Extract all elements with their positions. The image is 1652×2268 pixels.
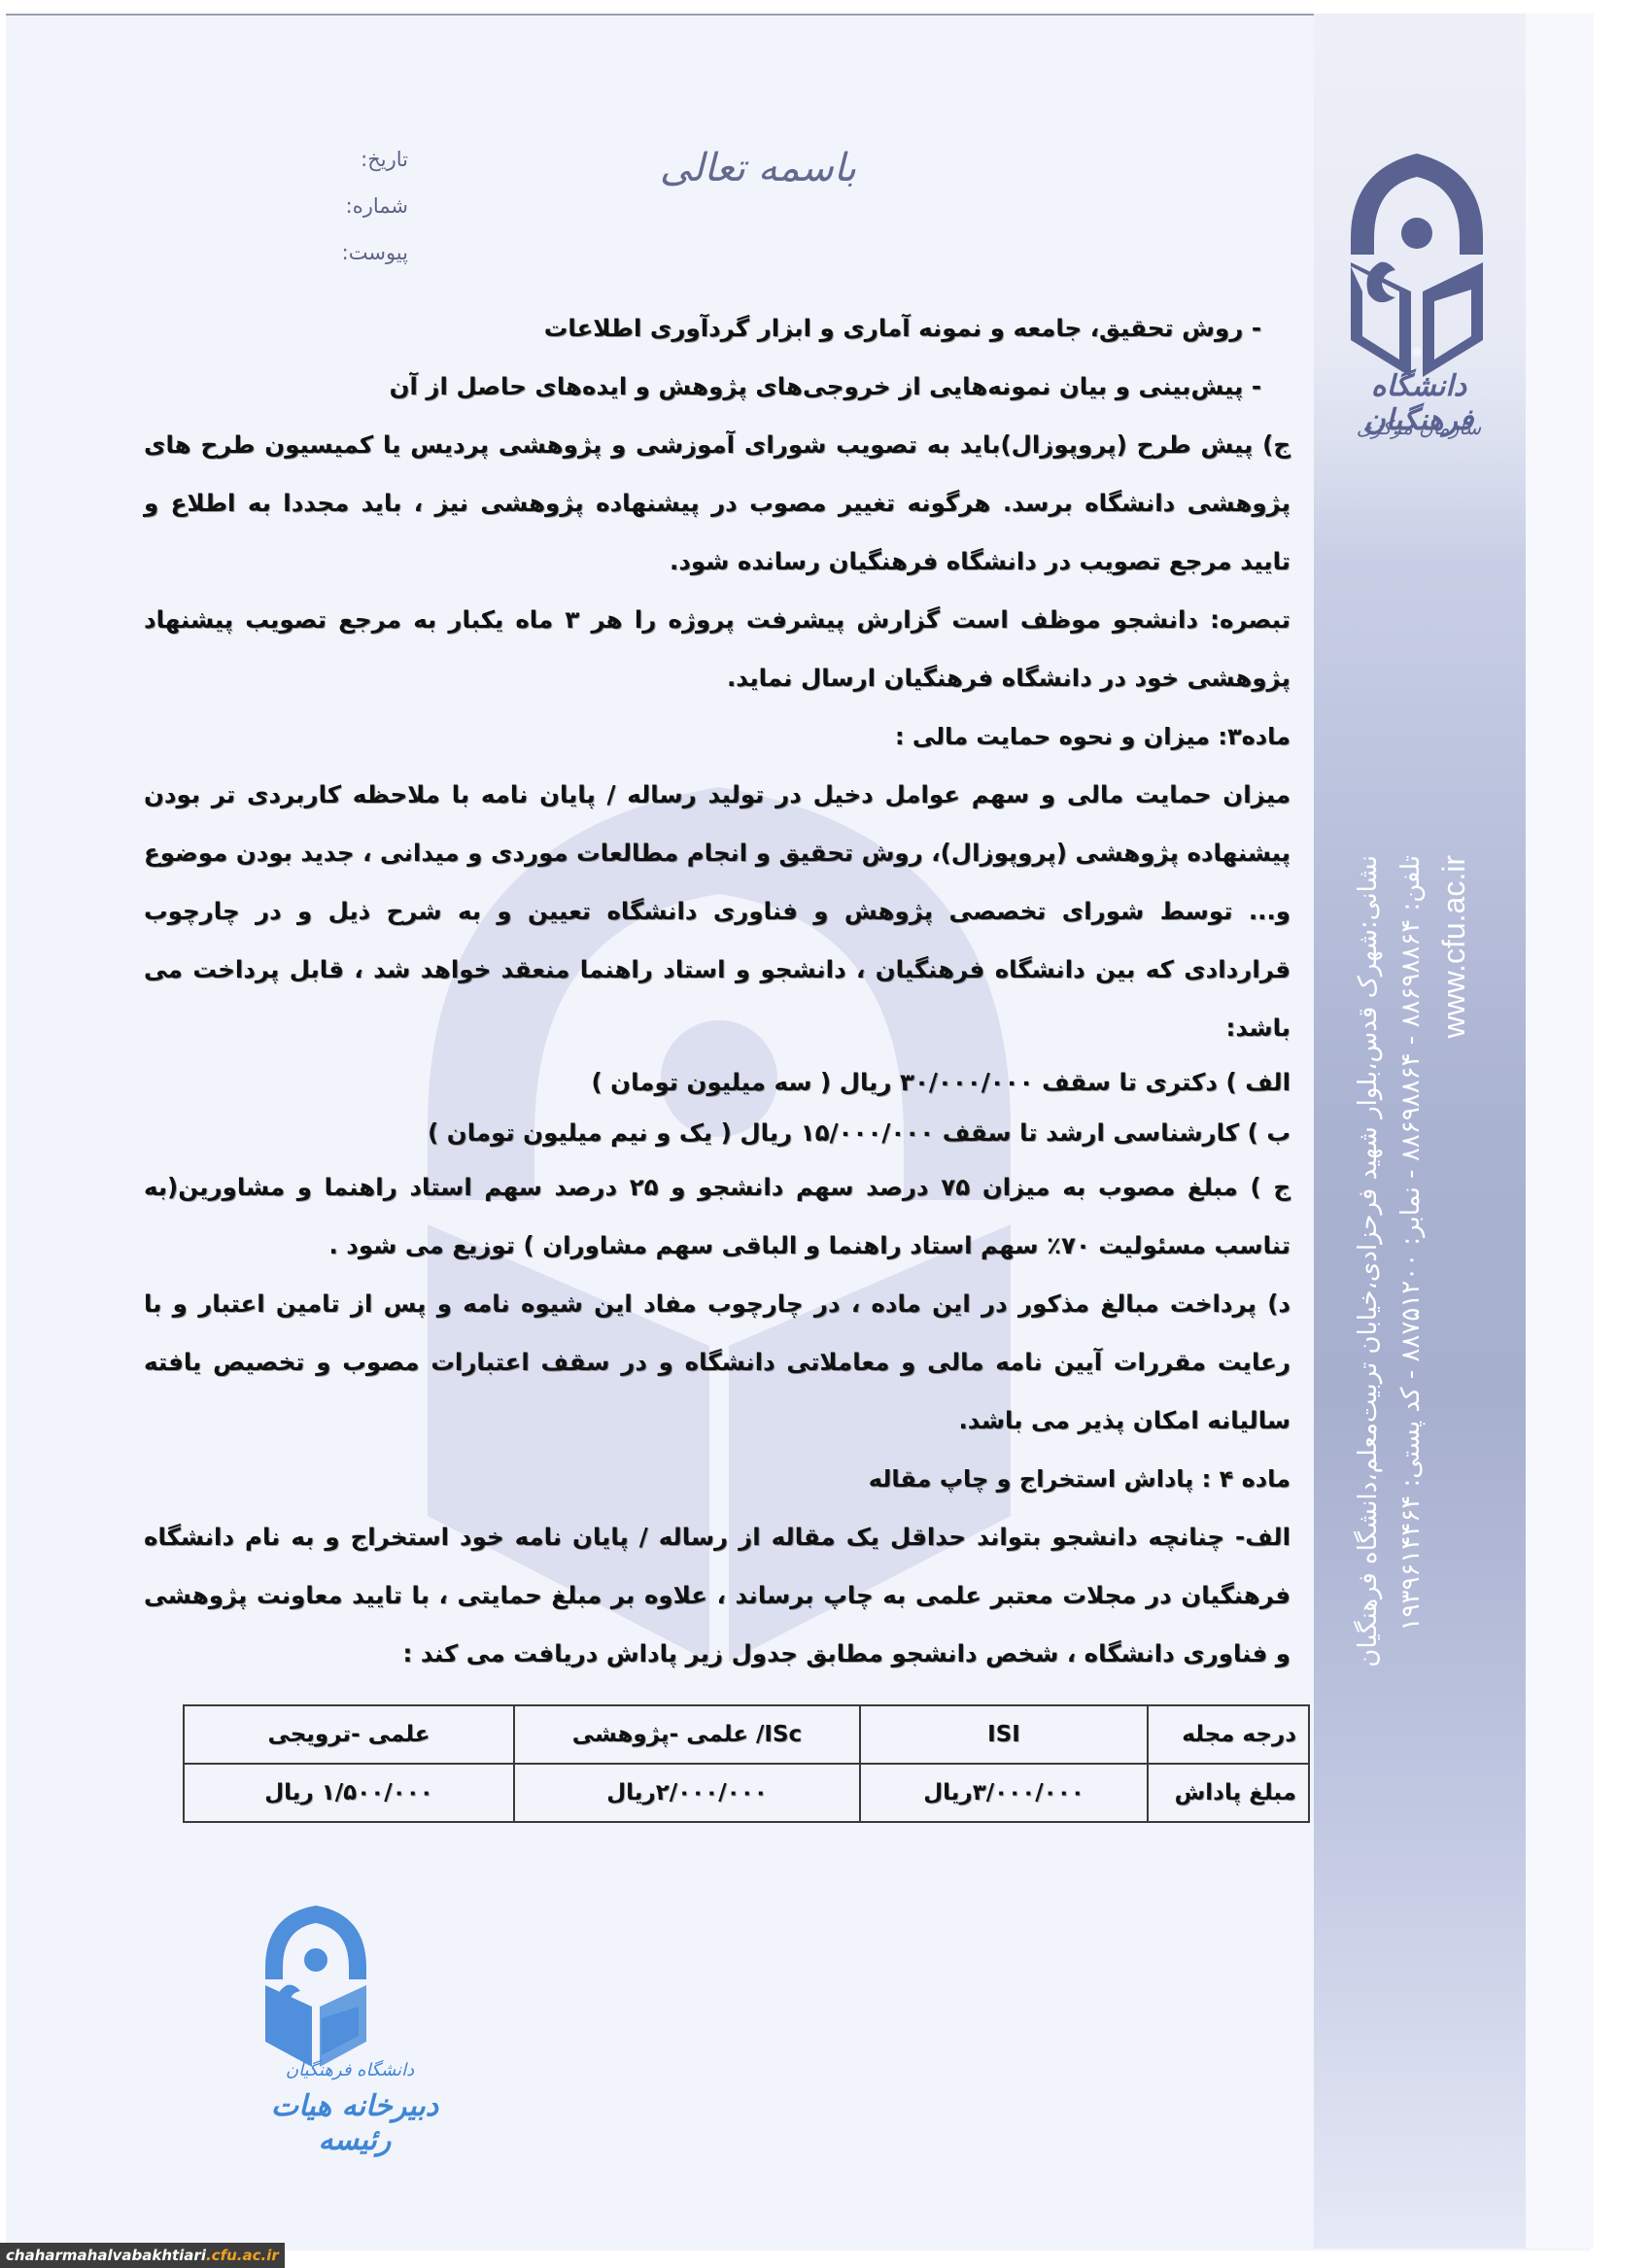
- table-cell: ISI: [860, 1705, 1148, 1764]
- table-cell: ۲/۰۰۰/۰۰۰ریال: [514, 1764, 860, 1822]
- phone-line: تلفن: ۸۸۶۹۸۸۶۴ - ۸۸۶۹۸۸۶۴ - نمابر: ۸۸۷۵۱…: [1390, 855, 1432, 1866]
- table-cell: ۱/۵۰۰/۰۰۰ ریال: [184, 1764, 514, 1822]
- stamp-university-name: دانشگاه فرهنگیان: [262, 2060, 437, 2080]
- page-right-margin: [1526, 14, 1594, 2249]
- table-row: مبلغ پاداش ۳/۰۰۰/۰۰۰ریال ۲/۰۰۰/۰۰۰ریال ۱…: [184, 1764, 1309, 1822]
- article-3-item-masters: ب ) کارشناسی ارشد تا سقف ۱۵/۰۰۰/۰۰۰ ریال…: [144, 1108, 1291, 1158]
- address-line: نشانی:شهرک قدس،بلوار شهید فرحزادی،خیابان…: [1347, 855, 1390, 1866]
- letter-body: - روش تحقیق، جامعه و نمونه آماری و ابزار…: [144, 299, 1291, 1683]
- table-cell: علمی -ترویجی: [184, 1705, 514, 1764]
- article-4-text: الف- چنانچه دانشجو بتواند حداقل یک مقاله…: [144, 1508, 1291, 1683]
- note-progress-report: تبصره: دانشجو موظف است گزارش پیشرفت پروژ…: [144, 591, 1291, 707]
- article-3-item-share: ج ) مبلغ مصوب به میزان ۷۵ درصد سهم دانشج…: [144, 1158, 1291, 1275]
- site-badge-prefix: chaharmahalvabakhtiari: [6, 2247, 206, 2264]
- bullet-outputs: - پیش‌بینی و بیان نمونه‌هایی از خروجی‌ها…: [144, 358, 1291, 416]
- letter-meta-fields: تاریخ: شماره: پیوست:: [292, 136, 408, 276]
- article-3-item-payment: د) پرداخت مبالغ مذکور در این ماده ، در چ…: [144, 1275, 1291, 1450]
- date-label: تاریخ:: [292, 136, 408, 183]
- stamp-logo-icon: [258, 1900, 374, 2075]
- organization-unit: سازمان مرکزی: [1331, 416, 1506, 439]
- stamp-office-name: دبیرخانه هیات رئیسه: [248, 2089, 462, 2157]
- article-3-item-phd: الف ) دکتری تا سقف ۳۰/۰۰۰/۰۰۰ ریال ( سه …: [144, 1057, 1291, 1108]
- attachment-label: پیوست:: [292, 229, 408, 276]
- article-4-title: ماده ۴ : پاداش استخراج و چاپ مقاله: [144, 1450, 1291, 1508]
- table-row-header: درجه مجله ISI ISc/ علمی -پژوهشی علمی -تر…: [184, 1705, 1309, 1764]
- site-badge-domain: .cfu.ac.ir: [206, 2247, 279, 2264]
- clause-proposal-approval: ج) پیش طرح (پروپوزال)باید به تصویب شورای…: [144, 416, 1291, 591]
- table-cell: مبلغ پاداش: [1148, 1764, 1309, 1822]
- table-cell: ISc/ علمی -پژوهشی: [514, 1705, 860, 1764]
- bullet-research-method: - روش تحقیق، جامعه و نمونه آماری و ابزار…: [144, 299, 1291, 358]
- website-link[interactable]: www.cfu.ac.ir: [1432, 855, 1475, 1866]
- table-cell: ۳/۰۰۰/۰۰۰ریال: [860, 1764, 1148, 1822]
- number-label: شماره:: [292, 183, 408, 229]
- site-badge[interactable]: chaharmahalvabakhtiari.cfu.ac.ir: [0, 2243, 285, 2268]
- article-3-intro: میزان حمایت مالی و سهم عوامل دخیل در تول…: [144, 766, 1291, 1057]
- university-logo-icon: [1339, 146, 1495, 389]
- article-3-title: ماده۳: میزان و نحوه حمایت مالی :: [144, 707, 1291, 766]
- letterhead-address-block: نشانی:شهرک قدس،بلوار شهید فرحزادی،خیابان…: [1347, 855, 1493, 1866]
- bismillah-heading: باسمه تعالی: [632, 146, 884, 190]
- reward-table: درجه مجله ISI ISc/ علمی -پژوهشی علمی -تر…: [183, 1704, 1310, 1823]
- table-cell: درجه مجله: [1148, 1705, 1309, 1764]
